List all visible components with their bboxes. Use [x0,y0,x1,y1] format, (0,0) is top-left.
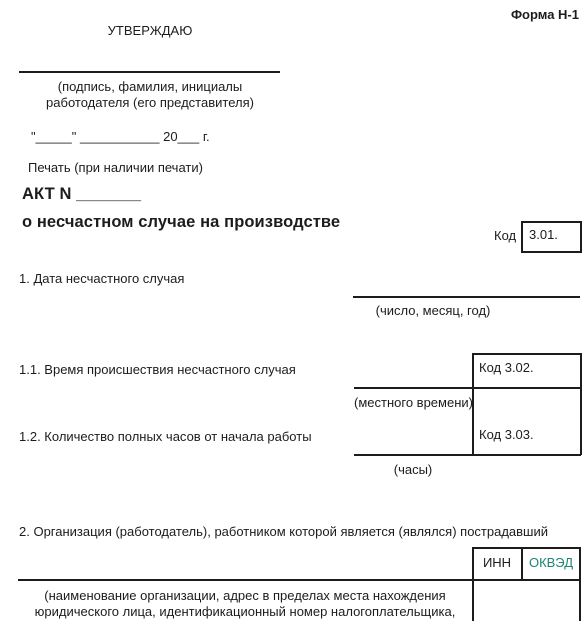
seal-note: Печать (при наличии печати) [28,160,203,176]
act-subtitle: о несчастном случае на производстве [22,212,340,233]
section-2-label: 2. Организация (работодатель), работнико… [19,524,548,540]
date-field-line [353,296,580,298]
org-caption-line-2: юридического лица, идентификационный ном… [18,604,472,620]
local-time-field-line [354,387,581,389]
code-box: 3.01. [521,221,582,253]
code-value: 3.01. [529,227,558,242]
date-field-caption: (число, месяц, год) [353,303,513,319]
org-name-field-line [18,579,580,581]
hours-caption: (часы) [354,462,472,478]
okved-header-cell[interactable]: ОКВЭД [522,555,580,571]
date-blank-line: "_____" ___________ 20___ г. [31,129,210,145]
form-n1-document: Форма Н-1 УТВЕРЖДАЮ (подпись, фамилия, и… [0,0,584,621]
code-3-03-cell: Код 3.03. [479,427,534,443]
code-table-right-line [580,353,582,455]
inn-header-cell: ИНН [472,555,522,571]
code-table-top-line [472,353,581,355]
signature-caption-line-1: (подпись, фамилия, инициалы [19,79,281,95]
approve-stamp-label: УТВЕРЖДАЮ [19,23,281,39]
org-table-top-line [472,547,580,549]
signature-blank-line [19,71,280,73]
org-caption-line-1: (наименование организации, адрес в преде… [18,588,472,604]
act-number-title: АКТ N _______ [22,184,141,205]
code-label: Код [494,228,516,244]
section-1-2-label: 1.2. Количество полных часов от начала р… [19,429,312,445]
approve-text: УТВЕРЖДАЮ [19,23,281,39]
signature-caption-line-2: работодателя (его представителя) [19,95,281,111]
local-time-caption: (местного времени) [354,395,468,411]
hours-field-line [354,454,581,456]
section-1-1-label: 1.1. Время происшествия несчастного случ… [19,362,296,378]
form-code-label: Форма Н-1 [511,7,579,23]
section-1-label: 1. Дата несчастного случая [19,271,184,287]
code-3-02-cell: Код 3.02. [479,360,534,376]
